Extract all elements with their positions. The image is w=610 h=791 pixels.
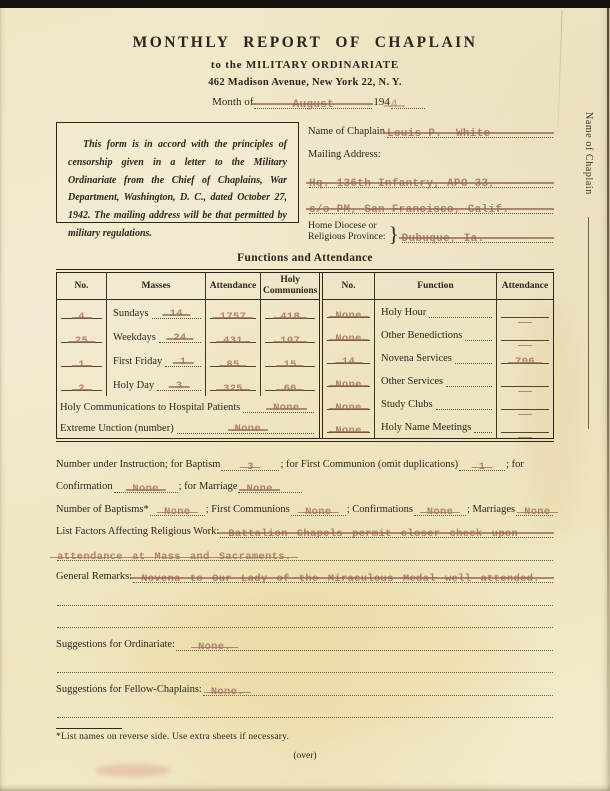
table-cell-masses: Weekdays24: [107, 324, 206, 348]
confirmation-instruction-field: None: [114, 481, 178, 493]
mailing-address-label: Mailing Address:: [308, 149, 382, 161]
suggestions-ordinariate-line: Suggestions for Ordinariate: None.: [56, 631, 554, 654]
censorship-notice-box: This form is in accord with the principl…: [56, 122, 299, 223]
suggestions-fellow-line: Suggestions for Fellow-Chaplains: None.: [56, 676, 554, 699]
table-cell-no: 25: [57, 324, 107, 348]
blank-line: [56, 586, 554, 609]
chaplain-info: Name of Chaplain Louis P. White Mailing …: [299, 122, 554, 243]
cell-value: 107: [280, 335, 300, 347]
brace-glyph: }: [386, 225, 401, 243]
table-cell-attendance: 85: [206, 348, 261, 372]
footnote-rule: [56, 728, 122, 729]
month-line: Month of August 194 4: [70, 96, 568, 109]
diocese-field: Dubuque, Ia.: [402, 231, 553, 243]
general-remarks-line: General Remarks: Novena to Our Lady of t…: [56, 564, 554, 587]
first-communion-instruction-field: 1: [459, 459, 505, 471]
table-cell-function: Novena Services: [375, 346, 497, 369]
field-value: None.: [198, 641, 231, 653]
footnote-text: *List names on reverse side. Use extra s…: [56, 732, 554, 742]
cell-value: 14: [170, 308, 183, 320]
field-value: None: [305, 506, 331, 518]
cell-value: 706: [515, 356, 535, 368]
column-header: Function: [375, 273, 497, 300]
field-value: None: [427, 506, 453, 518]
column-header: Attendance: [206, 273, 261, 300]
cell-value: 25: [75, 335, 88, 347]
instruction-line-1: Number under Instruction; for Baptism 3 …: [56, 451, 554, 474]
field-value: None: [246, 483, 272, 495]
factors-line-1: List Factors Affecting Religious Work: B…: [56, 519, 554, 542]
cell-value: None: [273, 402, 299, 414]
diocese-label: Home Diocese orReligious Province:: [308, 220, 386, 243]
field-label: ; for: [506, 458, 524, 471]
diocese-label-line-1: Home Diocese or: [308, 220, 377, 231]
first-communions-field: None: [291, 504, 346, 516]
field-value: attendance at Mass and Sacraments.: [57, 551, 291, 563]
cell-value: 1: [180, 356, 187, 368]
table-cell-attendance: [497, 369, 553, 392]
table-cell-communions: 107: [261, 324, 319, 348]
cell-value: 431: [223, 335, 243, 347]
factors-field-1: Battalion Chapels permit closer check up…: [220, 526, 553, 538]
over-label: (over): [56, 751, 554, 761]
side-caption-fill-line: [588, 217, 589, 429]
cell-value: 4: [78, 311, 85, 323]
confirmations-field: None: [414, 504, 466, 516]
table-cell-attendance: 431: [206, 324, 261, 348]
form-header: MONTHLY REPORT OF CHAPLAIN to the MILITA…: [56, 0, 554, 109]
cell-value: 3: [176, 380, 183, 392]
column-header: No.: [323, 273, 375, 300]
cell-value: 14: [342, 356, 355, 368]
table-cell-no: 2: [57, 372, 107, 396]
table-cell-no: 4: [57, 300, 107, 324]
table-cell-function: Holy Name Meetings: [375, 415, 497, 438]
suggestions-ordinariate-field: None.: [176, 639, 553, 651]
field-label: Confirmation: [56, 480, 113, 493]
table-cell-function: Holy Hour: [375, 300, 497, 323]
mass-type-label: Holy Day: [113, 380, 154, 391]
cell-value: 2: [78, 383, 85, 395]
table-cell-attendance: 325: [206, 372, 261, 396]
marriages-field: None: [516, 504, 553, 516]
diocese-label-line-2: Religious Province:: [308, 231, 386, 242]
censorship-notice-text: This form is in accord with the principl…: [68, 136, 287, 243]
field-label: ; Marriages: [467, 503, 515, 516]
field-label: ; Confirmations: [347, 503, 413, 516]
field-label: ; for First Communion (omit duplications…: [280, 458, 458, 471]
table-cell-function: Other Benedictions: [375, 323, 497, 346]
field-value: Battalion Chapels permit closer check up…: [228, 528, 518, 540]
mass-type-label: First Friday: [113, 356, 162, 367]
table-cell-communions: 15: [261, 348, 319, 372]
cell-value: 15: [284, 359, 297, 371]
cell-value: None: [335, 425, 361, 437]
factors-field-2: attendance at Mass and Sacraments.: [57, 549, 553, 561]
form-title: MONTHLY REPORT OF CHAPLAIN: [56, 34, 554, 52]
blank-line: [56, 609, 554, 632]
chaplain-name-value: Louis P. White: [387, 128, 491, 140]
mass-type-label: Sundays: [113, 308, 149, 319]
cell-value: None: [335, 402, 361, 414]
year-prefix: 194: [373, 96, 390, 109]
blank-line: [56, 654, 554, 677]
cell-value: 325: [223, 383, 243, 395]
functions-attendance-title: Functions and Attendance: [56, 252, 554, 264]
sacraments-line: Number of Baptisms* None ; First Communi…: [56, 496, 554, 519]
table-cell-no: 1: [57, 348, 107, 372]
instruction-line-2: Confirmation None ; for Marriage None: [56, 474, 554, 497]
table-cell-attendance: 706: [497, 346, 553, 369]
function-label: Other Services: [381, 376, 443, 387]
row-label: Holy Communications to Hospital Patients: [60, 402, 240, 413]
mailing-address-value-1: Hq. 136th Infantry, APO 33,: [309, 178, 495, 190]
field-label: ; for Marriage: [179, 480, 238, 493]
field-label: Suggestions for Ordinariate:: [56, 638, 175, 651]
field-value: None: [164, 506, 190, 518]
marriage-instruction-field: None: [238, 481, 302, 493]
mailing-address-line-2: c/o PM, San Francisco, Calif.: [309, 202, 553, 214]
field-label: Suggestions for Fellow-Chaplains:: [56, 683, 202, 696]
field-value: Novena to Our Lady of the Miraculous Med…: [141, 573, 540, 585]
month-value: August: [293, 99, 334, 111]
mailing-address-value-2: c/o PM, San Francisco, Calif.: [309, 204, 509, 216]
field-value: None: [132, 483, 158, 495]
field-label: ; First Communions: [206, 503, 290, 516]
function-label: Holy Hour: [381, 307, 426, 318]
field-value: 1: [479, 461, 486, 473]
form-subtitle: to the MILITARY ORDINARIATE: [56, 59, 554, 71]
column-header: Holy Communions: [261, 273, 319, 300]
field-value: None.: [211, 686, 244, 698]
cell-value: 1757: [220, 311, 246, 323]
month-field: August: [254, 97, 372, 109]
cell-value: None: [335, 310, 361, 322]
cell-value: 66: [284, 383, 297, 395]
table-cell-masses: First Friday1: [107, 348, 206, 372]
table-cell-no: None: [323, 323, 375, 346]
factors-line-2: attendance at Mass and Sacraments.: [56, 541, 554, 564]
table-cell-no: 14: [323, 346, 375, 369]
extreme-unction-row: Extreme Unction (number)None: [57, 417, 319, 438]
side-caption-name-of-chaplain: Name of Chaplain: [583, 112, 594, 195]
function-label: Novena Services: [381, 353, 452, 364]
column-header: Masses: [107, 273, 206, 300]
function-label: Study Clubs: [381, 399, 433, 410]
table-cell-no: None: [323, 392, 375, 415]
table-cell-communions: 418: [261, 300, 319, 324]
table-cell-function: Study Clubs: [375, 392, 497, 415]
row-label: Extreme Unction (number): [60, 423, 174, 434]
form-address: 462 Madison Avenue, New York 22, N. Y.: [56, 77, 554, 88]
table-cell-no: None: [323, 415, 375, 438]
table-right-half: No. Function Attendance None Holy Hour N…: [322, 273, 554, 438]
field-label: Number under Instruction; for Baptism: [56, 458, 220, 471]
table-cell-attendance: 1757: [206, 300, 261, 324]
month-label: Month of: [212, 96, 253, 109]
general-remarks-field: Novena to Our Lady of the Miraculous Med…: [133, 571, 553, 583]
mailing-address-line-1: Hq. 136th Infantry, APO 33,: [309, 176, 553, 188]
scanned-form-page: Name of Chaplain MONTHLY REPORT OF CHAPL…: [0, 0, 610, 791]
cell-value: None: [335, 333, 361, 345]
column-header: Attendance: [497, 273, 553, 300]
field-label: List Factors Affecting Religious Work:: [56, 525, 219, 538]
field-value: 3: [247, 461, 254, 473]
cell-value: 418: [280, 311, 300, 323]
field-label: General Remarks:: [56, 570, 132, 583]
functions-attendance-table: No. Masses Attendance Holy Communions 4 …: [56, 269, 554, 442]
scan-right-edge: [607, 8, 609, 791]
cell-value: 1: [78, 359, 85, 371]
table-cell-no: None: [323, 300, 375, 323]
table-left-half: No. Masses Attendance Holy Communions 4 …: [56, 273, 320, 438]
table-cell-communions: 66: [261, 372, 319, 396]
cell-value: 85: [226, 359, 239, 371]
function-label: Holy Name Meetings: [381, 422, 471, 433]
hospital-communions-row: Holy Communications to Hospital Patients…: [57, 396, 319, 417]
table-cell-attendance: [497, 323, 553, 346]
table-cell-no: None: [323, 369, 375, 392]
chaplain-name-field: Louis P. White: [387, 126, 553, 138]
upper-columns: This form is in accord with the principl…: [56, 122, 554, 243]
table-cell-attendance: [497, 392, 553, 415]
table-cell-attendance: [497, 415, 553, 438]
function-label: Other Benedictions: [381, 330, 462, 341]
suggestions-fellow-field: None.: [203, 684, 553, 696]
year-field: 4: [391, 97, 425, 109]
paper-stain: [95, 764, 170, 777]
table-cell-masses: Holy Day3: [107, 372, 206, 396]
chaplain-name-label: Name of Chaplain: [308, 126, 386, 138]
cell-value: 24: [173, 332, 186, 344]
blank-line: [56, 699, 554, 722]
mass-type-label: Weekdays: [113, 332, 156, 343]
table-cell-attendance: [497, 300, 553, 323]
column-header: No.: [57, 273, 107, 300]
diocese-value: Dubuque, Ia.: [402, 233, 485, 245]
baptism-instruction-field: 3: [221, 459, 279, 471]
field-value: None: [524, 506, 550, 518]
cell-value: None: [335, 379, 361, 391]
table-cell-function: Other Services: [375, 369, 497, 392]
cell-value: None: [235, 423, 261, 435]
baptisms-field: None: [150, 504, 205, 516]
lower-fields: Number under Instruction; for Baptism 3 …: [56, 451, 554, 721]
field-label: Number of Baptisms*: [56, 503, 149, 516]
year-value: 4: [391, 99, 398, 111]
scan-top-edge: [0, 0, 610, 8]
table-cell-masses: Sundays14: [107, 300, 206, 324]
